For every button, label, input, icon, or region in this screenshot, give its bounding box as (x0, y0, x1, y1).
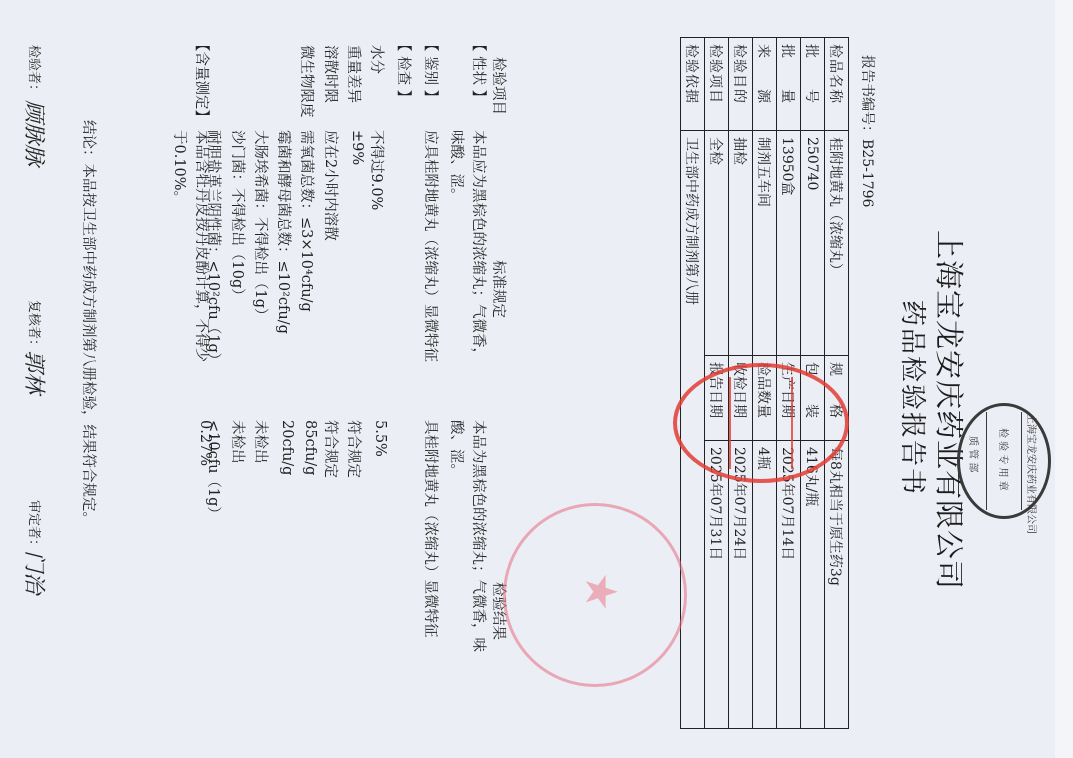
reviewer-signature: 郭林 (20, 350, 51, 394)
check-result: 85cfu/g (302, 420, 318, 475)
round-seal-stamp: ★ (503, 503, 687, 687)
document-title: 药品检验报告书 (896, 300, 933, 496)
reviewer-label: 复核者： (26, 300, 45, 352)
inspector-label: 检验者： (26, 45, 45, 97)
info-value: 416丸/瓶 (801, 441, 825, 729)
section-checks: 【 检查 】 (394, 37, 415, 104)
section-appearance: 【 性状 】 (469, 37, 490, 104)
check-standard: 沙门菌：不得检出（10g） (228, 130, 249, 303)
check-result: 20cfu/g (279, 420, 295, 475)
conclusion: 结论：本品按卫生部中药成方制剂第八册检验，结果符合规定。 (79, 120, 100, 526)
check-result: 符合规定 (344, 420, 365, 478)
check-standard: 需氧菌总数：≤3×10⁴cfu/g (297, 130, 318, 312)
info-label: 检验依据 (681, 38, 705, 131)
inspection-stamp-red (673, 363, 849, 483)
info-value: 2025年07月24日 (729, 441, 753, 729)
info-label: 批 号 (801, 38, 825, 131)
assay-standard-1: 本品含牡丹皮按丹皮酚计算，不得少 (192, 130, 213, 362)
info-value: 4瓶 (753, 441, 777, 729)
stamp-top-text: 上海宝龙安庆药业有限公司 (1025, 414, 1040, 534)
check-standard: ±9% (349, 130, 365, 165)
identification-result: 具桂附地黄丸（浓缩丸）显微特征 (421, 420, 442, 638)
appearance-result-2: 酸、涩。 (447, 420, 468, 478)
info-label: 来 源 (753, 38, 777, 131)
info-row: 检品名称桂附地黄丸（浓缩丸）规 格每8丸相当于原生药3g (825, 38, 849, 729)
stamp-middle-text: 检 验 专 用 章 (997, 428, 1012, 491)
info-value: 桂附地黄丸（浓缩丸） (825, 131, 849, 356)
assay-result: 0.27% (197, 420, 213, 466)
info-value: 全检 (705, 131, 729, 356)
approver-label: 审定者： (26, 500, 45, 552)
company-name: 上海宝龙安庆药业有限公司 (930, 230, 971, 590)
check-standard: 不得过9.0% (367, 130, 388, 210)
check-result: 未检出 (228, 420, 249, 464)
scan-edge (1054, 0, 1073, 758)
check-result: 未检出 (251, 420, 272, 464)
inspector-signature: 顾脉脉 (20, 100, 51, 166)
info-value: 制剂五车间 (753, 131, 777, 356)
info-value: 13950盒 (777, 131, 801, 356)
check-result: 符合规定 (321, 420, 342, 478)
info-value: 2025年07月14日 (777, 441, 801, 729)
appearance-standard-2: 味酸、涩。 (447, 130, 468, 203)
identification-standard: 应具桂附地黄丸（浓缩丸）显微特征 (421, 130, 442, 362)
info-value: 2025年07月31日 (705, 441, 729, 729)
info-value: 抽检 (729, 131, 753, 356)
report-number-value: B25-1796 (859, 139, 875, 207)
check-standard: 应在2小时内溶散 (321, 130, 342, 241)
info-label: 批 量 (777, 38, 801, 131)
info-label: 检验项目 (705, 38, 729, 131)
report-number: 报告书编号：B25-1796 (858, 55, 878, 207)
qa-department-stamp: 上海宝龙安庆药业有限公司 检 验 专 用 章 质 管 部 (957, 403, 1051, 519)
stamp-bottom-text: 质 管 部 (967, 436, 982, 472)
info-value: 250740 (801, 131, 825, 356)
check-item: 重量差异 (344, 45, 365, 103)
section-assay: 【含量测定】 (192, 37, 213, 124)
appearance-standard-1: 本品应为黑棕色的浓缩丸；气微香， (469, 130, 490, 362)
check-item: 水分 (367, 45, 388, 74)
report-number-label: 报告书编号： (859, 55, 875, 139)
approver-signature: 门治 (20, 550, 51, 594)
info-value: 每8丸相当于原生药3g (825, 441, 849, 729)
check-item: 溶散时限 (321, 45, 342, 103)
info-label: 检品名称 (825, 38, 849, 131)
header-item: 检验项目 (489, 57, 510, 115)
check-standard: 霉菌和酵母菌总数：≤10²cfu/g (274, 130, 295, 334)
check-item: 微生物限度 (297, 45, 318, 118)
report-page: 上海宝龙安庆药业有限公司 药品检验报告书 报告书编号：B25-1796 上海宝龙… (0, 0, 1055, 758)
check-result: 5.5% (372, 420, 388, 457)
appearance-result-1: 本品为黑棕色的浓缩丸；气微香，味 (469, 420, 490, 652)
header-standard: 标准规定 (489, 260, 510, 318)
assay-standard-2: 于0.10%。 (170, 130, 191, 205)
section-identification: 【 鉴别 】 (421, 37, 442, 104)
info-label: 检验目的 (729, 38, 753, 131)
check-standard: 大肠埃希菌：不得检出（1g） (251, 130, 272, 323)
